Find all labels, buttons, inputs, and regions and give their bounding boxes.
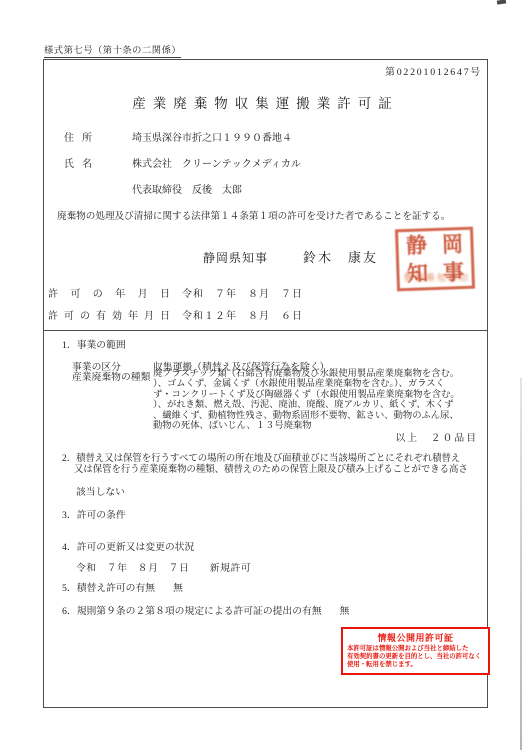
issuer-title: 静岡県知事	[203, 249, 268, 266]
expiry-date-label: 許可の有効年月日	[48, 307, 170, 322]
section5-value: 無	[173, 583, 183, 594]
section2-value: 該当しない	[76, 484, 125, 498]
grant-date-label: 許可の年月日	[48, 285, 170, 300]
information-disclosure-box: 情報公開用許可証 本許可証は情報公開および当社と締結した 有効契約書の更新を目的…	[341, 627, 490, 675]
address-label: 住所	[64, 129, 92, 144]
company-name: 株式会社 クリーンテックメディカル	[132, 155, 301, 170]
waste-line: ）、がれき類、燃え殻、汚泥、廃油、廃酸、廃アルカリ、紙くず、木くず	[153, 400, 460, 410]
section6-value: 無	[340, 606, 350, 617]
section-divider	[43, 330, 488, 331]
section3-heading: 3．許可の条件	[62, 507, 126, 521]
section5-heading: 5．積替え許可の有無	[62, 583, 155, 594]
waste-type-label: 産業廃棄物の種類	[72, 369, 150, 383]
governor-seal-icon: 静 岡 知 事	[395, 227, 475, 292]
section4-value: 令和 ７年 ８月 ７日 新規許可	[76, 560, 251, 574]
scan-corner-artifact	[497, 0, 506, 5]
representative-name: 代表取締役 反後 太郎	[132, 181, 242, 196]
issuer-name: 鈴木 康友	[303, 247, 378, 266]
waste-line: ）、ゴムくず、金属くず（水銀使用製品産業廃棄物を含む。）、ガラスく	[153, 379, 460, 389]
section4-heading: 4．許可の更新又は変更の状況	[62, 539, 194, 553]
expiry-date-value: 令和１２年 ８月 ６日	[182, 307, 303, 322]
waste-line: 廃プラスチック類（石綿含有廃棄物及び水銀使用製品産業廃棄物を含む。	[153, 369, 460, 379]
form-number-label: 様式第七号（第十条の二関係）	[44, 42, 181, 58]
address-value: 埼玉県深谷市折之口１９９０番地４	[132, 129, 292, 144]
seal-char: 知	[407, 263, 429, 285]
disclosure-box-body: 本許可証は情報公開および当社と締結した 有効契約書の更新を目的とし、当社の許可な…	[343, 644, 488, 670]
section1-heading: 1．事業の範囲	[62, 337, 126, 351]
waste-line: ず・コンクリートくず及び陶磁器くず（水銀使用製品産業廃棄物を含む。	[153, 390, 460, 400]
waste-total-count: 以上 ２０品目	[153, 430, 478, 444]
section6-heading: 6．規則第９条の２第８項の規定による許可証の提出の有無	[62, 606, 322, 617]
waste-type-list: 廃プラスチック類（石綿含有廃棄物及び水銀使用製品産業廃棄物を含む。 ）、ゴムくず…	[153, 369, 460, 431]
permit-certificate-page: 様式第七号（第十条の二関係） 第02201012647号 産業廃棄物収集運搬業許…	[0, 0, 526, 750]
section6-line: 6．規則第９条の２第８項の規定による許可証の提出の有無無	[62, 603, 349, 617]
name-label: 氏名	[64, 155, 92, 170]
disclosure-body-line: 使用・転用を禁じます。	[347, 661, 485, 669]
grant-date-value: 令和 ７年 ８月 ７日	[182, 285, 303, 300]
disclosure-box-title: 情報公開用許可証	[343, 631, 488, 644]
permit-number: 第02201012647号	[43, 64, 482, 78]
waste-line: 、繊維くず、動植物性残さ、動物系固形不要物、鉱さい、動物のふん尿、	[153, 411, 460, 421]
section5-line: 5．積替え許可の有無無	[62, 580, 183, 594]
disclosure-body-line: 本許可証は情報公開および当社と締結した	[347, 645, 485, 653]
seal-char: 事	[443, 262, 465, 284]
seal-char: 静	[406, 235, 428, 257]
seal-char: 岡	[442, 234, 464, 256]
section2-heading-line2: 又は保管を行う産業廃棄物の種類、積替えのための保管上限及び積み上げることができる…	[74, 461, 468, 475]
certification-statement: 廃棄物の処理及び清掃に関する法律第１４条第１項の許可を受けた者であることを証する…	[57, 208, 450, 222]
document-title: 産業廃棄物収集運搬業許可証	[43, 92, 488, 112]
scan-edge-shadow	[520, 378, 522, 750]
